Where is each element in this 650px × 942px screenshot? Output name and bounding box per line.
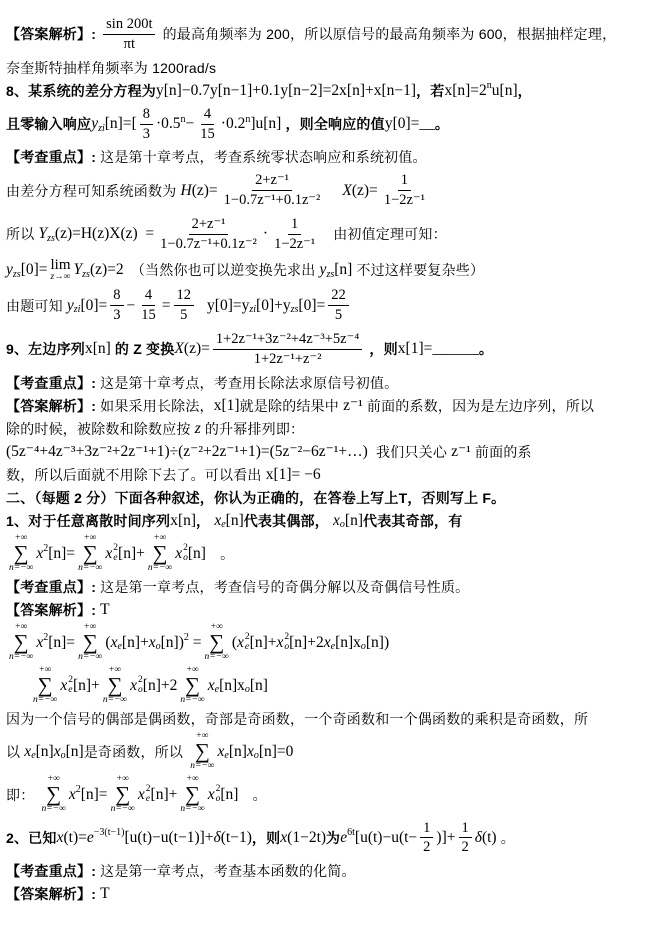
- fraction-numerator: 4: [201, 105, 214, 125]
- superscript: 2: [76, 784, 81, 795]
- text-run-bold: 【考查重点】:: [6, 373, 100, 393]
- math-scripted-var: xe: [218, 743, 229, 761]
- tf-question-1: 1、对于任意离散时间序列x[n]， xe[n]代表其偶部， xo[n]代表其奇部…: [6, 510, 644, 532]
- math-run: u[n]: [492, 82, 518, 100]
- fraction: 83: [140, 105, 153, 144]
- fraction-numerator: 1: [398, 171, 411, 191]
- math-scripted-var: xo: [149, 634, 161, 652]
- math-run: [n]=: [48, 545, 75, 563]
- fraction-denominator: 3: [110, 306, 123, 325]
- text-run-bold: ，: [196, 511, 214, 531]
- text-run: 我们只关心: [368, 442, 451, 462]
- sum-operator: +∞∑n=−∞: [9, 623, 33, 663]
- subscript: o: [254, 750, 259, 761]
- answer-analysis-7-line2: 奈奎斯特抽样角频率为 1200rad/s: [6, 57, 644, 79]
- math-run: z⁻¹: [451, 442, 471, 461]
- subscript: e: [224, 750, 228, 761]
- text-run: 前面的系数，因为是左边序列，所以: [363, 396, 594, 416]
- math-variable: x: [333, 512, 340, 530]
- text-run-bold: 【答案解析】:: [6, 24, 100, 44]
- math-scripted-var: x2o: [130, 676, 143, 696]
- fraction-denominator: 2: [420, 838, 433, 857]
- math-variable: x: [130, 677, 137, 695]
- sum-symbol: ∑: [83, 543, 98, 564]
- sum-symbol: ∑: [83, 632, 98, 653]
- math-variable: x: [324, 634, 331, 652]
- question-9: 9、左边序列x[n] 的 Z 变换X(z)=1+2z⁻¹+3z⁻²+4z⁻³+5…: [6, 328, 644, 371]
- question-8-line1: 8、某系统的差分方程为y[n]−0.7y[n−1]+0.1y[n−2]=2x[n…: [6, 80, 644, 102]
- math-run: [n]: [66, 743, 84, 761]
- math-run: [u(t)−u(t−: [355, 829, 417, 847]
- tf-q1-derivation-2: +∞∑n=−∞x2e[n]++∞∑n=−∞x2o[n]+2+∞∑n=−∞xe[n…: [6, 665, 644, 707]
- fraction-numerator: 8: [110, 286, 123, 306]
- q8-solution-line1: 由差分方程可知系统函数为 H(z)=2+z⁻¹1−0.7z⁻¹+0.1z⁻²X(…: [6, 169, 644, 212]
- q8-solution-line2: 所以 Yzs(z)=H(z)X(z) =2+z⁻¹1−0.7z⁻¹+0.1z⁻²…: [6, 213, 644, 256]
- text-run: 以: [6, 742, 24, 762]
- sum-symbol: ∑: [46, 784, 61, 805]
- q9-answer-line1: 【答案解析】: 如果采用长除法，x[1]就是除的结果中 z⁻¹ 前面的系数，因为…: [6, 395, 644, 417]
- question-8-line2: 且零输入响应yzi[n]=[83·0.5n−415·0.2n]u[n] ，则全响…: [6, 103, 644, 146]
- text-run-bold: 【答案解析】:: [6, 600, 100, 620]
- math-run: (5z⁻⁴+4z⁻³+3z⁻²+2z⁻¹+1)÷(z⁻²+2z⁻¹+1)=(5z…: [6, 442, 368, 461]
- text-run: 由差分方程可知系统函数为: [6, 181, 181, 201]
- math-run: [n]x: [335, 634, 361, 652]
- math-run: [0]=: [80, 297, 107, 315]
- sum-symbol: ∑: [14, 632, 29, 653]
- text-run-bold: 。: [479, 339, 493, 359]
- fraction-denominator: 2: [459, 838, 472, 857]
- math-scripted-var: xe: [324, 634, 335, 652]
- math-run: [n]+: [122, 634, 149, 652]
- math-run: (t)=: [63, 829, 86, 847]
- math-scripted-var: x2e: [105, 544, 118, 564]
- text-run: 这是第一章考点，考查基本函数的化简。: [100, 861, 356, 881]
- math-variable: e: [87, 829, 94, 847]
- tf-question-2: 2、已知x(t)=e−3(t−1)[u(t)−u(t−1)]+δ(t−1)，则x…: [6, 817, 644, 860]
- sum-lower-limit: n=−∞: [180, 696, 204, 706]
- text-run: 的升幂排列即：: [201, 419, 305, 439]
- text-run: 即：: [6, 785, 39, 805]
- fraction: 415: [197, 105, 218, 144]
- subscript: o: [340, 519, 345, 530]
- section-2-header: 二、（每题 2 分）下面各种叙述，你认为正确的，在答卷上写上T，否则写上 F。: [6, 487, 644, 509]
- fraction-numerator: 12: [174, 286, 195, 306]
- sum-lower-limit: n=−∞: [190, 762, 214, 772]
- text-run: 。: [238, 785, 266, 805]
- sum-operator: +∞∑n=−∞: [9, 534, 33, 574]
- math-run: ·: [263, 225, 268, 243]
- text-run-bold: 的 Z 变换: [111, 339, 175, 359]
- math-run: x[n]: [85, 340, 111, 358]
- text-run: 奈奎斯特抽样角频率为 1200rad/s: [6, 58, 216, 78]
- math-run: ·0.5: [156, 115, 181, 133]
- math-run: (t−1): [221, 829, 252, 847]
- q8-solution-line3: yzs[0]=limz→∞Yzs(z)=2 （当然你也可以逆变换先求出 yzs[…: [6, 257, 644, 284]
- fraction-numerator: 4: [142, 286, 155, 306]
- math-scripted-var: x2e: [138, 785, 151, 805]
- text-run-bold: 。: [435, 114, 449, 134]
- text-run: 是奇函数，所以: [84, 742, 188, 762]
- math-variable: X: [174, 340, 183, 358]
- text-run-bold: 1、对于任意离散时间序列: [6, 511, 170, 531]
- math-run: [n]+2: [143, 677, 178, 695]
- fraction-numerator: sin 200t: [103, 15, 155, 35]
- math-variable: x: [277, 634, 284, 652]
- math-variable: x: [36, 545, 43, 563]
- spacer: [321, 234, 333, 235]
- fraction: 1+2z⁻¹+3z⁻²+4z⁻³+5z⁻⁴1+2z⁻¹+z⁻²: [213, 330, 362, 369]
- math-run: [n]: [334, 261, 352, 279]
- text-run-bold: ，则: [252, 828, 280, 848]
- superscript: −3(t−1): [94, 827, 125, 838]
- math-variable: Y: [74, 261, 83, 279]
- fraction: 225: [328, 286, 349, 325]
- text-run: 因为一个信号的偶部是偶函数，奇部是奇函数，一个奇函数和一个偶函数的乘积是奇函数，…: [6, 709, 588, 729]
- math-run: [n]x: [219, 677, 245, 695]
- math-run: [n]: [345, 512, 363, 530]
- fraction-denominator: 3: [140, 125, 153, 144]
- spacer: [326, 190, 342, 191]
- subscript: o: [61, 750, 66, 761]
- fraction: 11−2z⁻¹: [271, 215, 318, 254]
- sum-operator: +∞∑n=−∞: [103, 666, 127, 706]
- fraction-denominator: 15: [138, 306, 159, 325]
- math-variable: y: [67, 297, 74, 315]
- q8-solution-line4: 由题可知 yzi[0]=83−415=125y[0]=yzi[0]+yzs[0]…: [6, 284, 644, 327]
- math-run: x[n]: [170, 512, 196, 530]
- text-run: 由题可知: [6, 296, 67, 316]
- math-variable: x: [237, 634, 244, 652]
- sum-operator: +∞∑n=−∞: [78, 534, 102, 574]
- subscript: o: [156, 641, 161, 652]
- math-variable: X: [342, 182, 351, 200]
- fraction: 415: [138, 286, 159, 325]
- superscript: n: [181, 114, 186, 125]
- subscript: zs: [82, 269, 90, 280]
- tf-q1-explain-1: 因为一个信号的偶部是偶函数，奇部是奇函数，一个奇函数和一个偶函数的乘积是奇函数，…: [6, 708, 644, 730]
- text-run: 由初值定理可知：: [333, 224, 447, 244]
- sum-lower-limit: n=−∞: [148, 564, 172, 574]
- tf-q1-derivation-1: +∞∑n=−∞x2[n]=+∞∑n=−∞(xe[n]+xo[n])2 =+∞∑n…: [6, 622, 644, 664]
- math-run: [n]: [220, 786, 238, 804]
- lim-lower-limit: z→∞: [51, 273, 71, 283]
- text-run-bold: ，则: [365, 339, 398, 359]
- fraction-denominator: 1−2z⁻¹: [271, 235, 318, 254]
- text-run: 的最高角频率为 200，所以原信号的最高角频率为 600，根据抽样定理，: [158, 24, 616, 44]
- fraction-denominator: 1+2z⁻¹+z⁻²: [251, 350, 325, 369]
- fraction-denominator: 1−2z⁻¹: [381, 191, 428, 210]
- math-run: y[n]−0.7y[n−1]+0.1y[n−2]=2x[n]+x[n−1]: [156, 82, 416, 100]
- fraction: 83: [110, 286, 123, 325]
- math-run: (z)=: [192, 182, 218, 200]
- sum-symbol: ∑: [209, 632, 224, 653]
- text-run: 前面的系: [471, 442, 532, 462]
- math-run: [n]=: [48, 634, 75, 652]
- math-variable: x: [105, 545, 112, 563]
- sum-operator: +∞∑n=−∞: [33, 666, 57, 706]
- math-variable: x: [218, 743, 225, 761]
- text-run-bold: 代表其偶部，: [244, 511, 333, 531]
- fraction-numerator: 1: [420, 819, 433, 839]
- q9-answer-line3: (5z⁻⁴+4z⁻³+3z⁻²+2z⁻¹+1)÷(z⁻²+2z⁻¹+1)=(5z…: [6, 441, 644, 463]
- text-run-bold: 代表其奇部，有: [363, 511, 462, 531]
- q8-key-points: 【考查重点】: 这是第十章考点，考查系统零状态响应和系统初值。: [6, 146, 644, 168]
- sum-symbol: ∑: [185, 784, 200, 805]
- text-run-bold: 8、某系统的差分方程为: [6, 81, 156, 101]
- subscript: zi: [74, 304, 81, 315]
- subscript: zi: [249, 304, 256, 315]
- subscript: e: [31, 750, 35, 761]
- sum-operator: +∞∑n=−∞: [180, 666, 204, 706]
- text-run-bold: 9、左边序列: [6, 339, 85, 359]
- sum-operator: +∞∑n=−∞: [148, 534, 172, 574]
- math-run: x[1]=______: [398, 340, 479, 358]
- superscript: 2: [43, 543, 48, 554]
- sum-lower-limit: n=−∞: [111, 805, 135, 815]
- fraction-numerator: 2+z⁻¹: [189, 215, 229, 235]
- math-run: [n]: [229, 743, 247, 761]
- fraction-denominator: 1−0.7z⁻¹+0.1z⁻²: [221, 191, 324, 210]
- fraction-denominator: 1−0.7z⁻¹+0.1z⁻²: [157, 235, 260, 254]
- text-run-bold: 2、已知: [6, 828, 57, 848]
- math-run: [n]+: [118, 545, 145, 563]
- subscript: zi: [98, 123, 105, 134]
- subscript: zs: [13, 269, 21, 280]
- math-variable: x: [247, 743, 254, 761]
- math-scripted-var: xe: [214, 512, 225, 530]
- text-run: 不过这样要复杂些）: [352, 260, 484, 280]
- sum-operator: +∞∑n=−∞: [111, 775, 135, 815]
- math-variable: δ: [214, 829, 221, 847]
- math-run: x[n]=2: [444, 82, 486, 100]
- spacer: [6, 685, 30, 686]
- math-scripted-var: x2: [69, 786, 81, 804]
- math-run: (z)=2: [90, 261, 124, 279]
- math-run: [n]: [188, 545, 206, 563]
- math-run: T: [100, 601, 109, 619]
- math-scripted-var: xe: [208, 677, 219, 695]
- fraction: sin 200tπt: [103, 15, 155, 54]
- text-run-bold: 为: [326, 828, 340, 848]
- q9-answer-line2: 除的时候，被除数和除数应按 z 的升幂排列即：: [6, 418, 644, 440]
- text-run: 如果采用长除法，: [100, 396, 214, 416]
- math-run: y[0]=__: [385, 115, 435, 133]
- math-variable: δ: [475, 829, 482, 847]
- document-page: 【答案解析】: sin 200tπt 的最高角频率为 200，所以原信号的最高角…: [0, 0, 650, 905]
- sum-operator: +∞∑n=−∞: [180, 775, 204, 815]
- text-run: 。: [497, 828, 515, 848]
- text-run-bold: ，则全响应的值: [281, 114, 385, 134]
- math-run: [n]: [36, 743, 54, 761]
- text-run: 所以: [6, 224, 39, 244]
- sum-lower-limit: n=−∞: [78, 653, 102, 663]
- math-run: [n]+: [250, 634, 277, 652]
- fraction: 2+z⁻¹1−0.7z⁻¹+0.1z⁻²: [221, 171, 324, 210]
- math-run: y[0]=y: [207, 297, 249, 315]
- math-run: (z)=: [352, 182, 378, 200]
- superscript: 2: [184, 632, 189, 643]
- math-variable: x: [149, 634, 156, 652]
- fraction-numerator: 2+z⁻¹: [252, 171, 292, 191]
- tf-q1-conclusion: 即： +∞∑n=−∞x2[n]=+∞∑n=−∞x2e[n]++∞∑n=−∞x2o…: [6, 774, 644, 816]
- tf-q1-key-points: 【考查重点】: 这是第一章考点，考查信号的奇偶分解以及奇偶信号性质。: [6, 576, 644, 598]
- tf-q1-formula: +∞∑n=−∞x2[n]=+∞∑n=−∞x2e[n]++∞∑n=−∞x2o[n]…: [6, 533, 644, 575]
- math-scripted-var: x2e: [60, 676, 73, 696]
- text-run-bold: 【答案解析】:: [6, 884, 100, 904]
- lim-symbol: lim: [51, 258, 71, 273]
- subscript: o: [361, 641, 366, 652]
- lim-operator: limz→∞: [51, 258, 71, 283]
- text-run: 这是第十章考点，考查系统零状态响应和系统初值。: [100, 147, 427, 167]
- tf-q2-answer: 【答案解析】: T: [6, 883, 644, 905]
- math-run: [n]): [161, 634, 184, 652]
- sum-lower-limit: n=−∞: [9, 653, 33, 663]
- math-scripted-var: xe: [24, 743, 35, 761]
- q9-answer-line4: 数，所以后面就不用除下去了。可以看出 x[1]= −6: [6, 464, 644, 486]
- fraction-denominator: πt: [121, 35, 138, 54]
- fraction-denominator: 15: [197, 125, 218, 144]
- text-run-bold: ，若: [416, 81, 444, 101]
- math-run: [0]=: [298, 297, 325, 315]
- math-variable: x: [208, 786, 215, 804]
- subscript: e: [221, 519, 225, 530]
- text-run-bold: 【考查重点】:: [6, 861, 100, 881]
- subscript: zs: [326, 269, 334, 280]
- math-run: x[1]= −6: [266, 466, 321, 484]
- math-scripted-var: x2e: [237, 633, 250, 653]
- math-variable: x: [111, 634, 118, 652]
- math-run: ]u[n]: [250, 115, 281, 133]
- sum-symbol: ∑: [107, 675, 122, 696]
- math-run: z⁻¹: [343, 396, 363, 415]
- fraction: 12: [420, 819, 433, 858]
- fraction-denominator: 5: [332, 306, 345, 325]
- sum-lower-limit: n=−∞: [33, 696, 57, 706]
- superscript: n: [487, 80, 492, 91]
- answer-analysis-7-line1: 【答案解析】: sin 200tπt 的最高角频率为 200，所以原信号的最高角…: [6, 13, 644, 56]
- math-variable: e: [340, 829, 347, 847]
- text-run: （当然你也可以逆变换先求出: [124, 260, 320, 280]
- math-run: [n]=0: [259, 743, 294, 761]
- subscript: o: [245, 684, 250, 695]
- math-variable: y: [6, 261, 13, 279]
- superscript: 2: [43, 632, 48, 643]
- text-run-bold: 且零输入响应: [6, 114, 91, 134]
- math-run: (1−2t): [287, 829, 326, 847]
- tf-q1-explain-2: 以 xe[n]xo[n]是奇函数，所以 +∞∑n=−∞xe[n]xo[n]=0: [6, 731, 644, 773]
- sum-lower-limit: n=−∞: [42, 805, 66, 815]
- math-run: [0]+y: [256, 297, 291, 315]
- fraction-numerator: 22: [328, 286, 349, 306]
- subscript: zs: [291, 304, 299, 315]
- math-scripted-var: x2o: [277, 633, 290, 653]
- superscript: n: [245, 114, 250, 125]
- sum-operator: +∞∑n=−∞: [42, 775, 66, 815]
- math-run: =: [162, 297, 171, 315]
- fraction-numerator: 8: [140, 105, 153, 125]
- fraction-denominator: 5: [177, 306, 190, 325]
- sum-lower-limit: n=−∞: [205, 653, 229, 663]
- text-run: 就是除的结果中: [240, 396, 344, 416]
- math-scripted-var: xe: [111, 634, 122, 652]
- math-run: −: [186, 115, 195, 133]
- sum-symbol: ∑: [195, 741, 210, 762]
- text-run: 这是第十章考点，考查用长除法求原信号初值。: [100, 373, 398, 393]
- math-variable: x: [60, 677, 67, 695]
- math-run: −: [127, 297, 136, 315]
- math-variable: Y: [39, 225, 48, 243]
- math-run: [n]: [226, 512, 244, 530]
- math-variable: x: [24, 743, 31, 761]
- text-run-bold: ，: [518, 81, 532, 101]
- math-run: [n]=[: [105, 115, 137, 133]
- math-variable: H: [181, 182, 192, 200]
- math-scripted-var: x2: [36, 545, 48, 563]
- math-run: x[1]: [214, 397, 240, 415]
- text-run-bold: 【答案解析】:: [6, 396, 100, 416]
- subscript: zs: [47, 233, 55, 244]
- math-run: [n]+: [151, 786, 178, 804]
- math-variable: x: [36, 634, 43, 652]
- fraction-numerator: 1: [288, 215, 301, 235]
- text-run-bold: 【考查重点】:: [6, 577, 100, 597]
- sum-operator: +∞∑n=−∞: [205, 623, 229, 663]
- fraction-numerator: 1: [459, 819, 472, 839]
- tf-q2-key-points: 【考查重点】: 这是第一章考点，考查基本函数的化简。: [6, 860, 644, 882]
- text-run: 这是第一章考点，考查信号的奇偶分解以及奇偶信号性质。: [100, 577, 469, 597]
- math-scripted-var: xo: [54, 743, 66, 761]
- text-run: 。: [206, 544, 234, 564]
- math-run: [n]=: [81, 786, 108, 804]
- math-variable: x: [280, 829, 287, 847]
- math-run: )]+: [436, 829, 455, 847]
- sum-operator: +∞∑n=−∞: [78, 623, 102, 663]
- fraction: 12: [459, 819, 472, 858]
- math-run: [n]: [250, 677, 268, 695]
- sum-lower-limit: n=−∞: [9, 564, 33, 574]
- tf-q1-answer: 【答案解析】: T: [6, 599, 644, 621]
- sum-lower-limit: n=−∞: [78, 564, 102, 574]
- math-run: (t): [482, 829, 497, 847]
- math-scripted-var: x2: [36, 634, 48, 652]
- subscript: e: [215, 684, 219, 695]
- sum-lower-limit: n=−∞: [180, 805, 204, 815]
- sum-symbol: ∑: [38, 675, 53, 696]
- text-run-bold: 【考查重点】:: [6, 147, 100, 167]
- document-body: 【答案解析】: sin 200tπt 的最高角频率为 200，所以原信号的最高角…: [6, 13, 644, 905]
- math-run: (z)=: [184, 340, 210, 358]
- text-run: 数，所以后面就不用除下去了。可以看出: [6, 465, 266, 485]
- math-variable: x: [54, 743, 61, 761]
- math-run: =: [189, 634, 202, 652]
- math-run: [n]+2: [289, 634, 324, 652]
- fraction: 2+z⁻¹1−0.7z⁻¹+0.1z⁻²: [157, 215, 260, 254]
- sum-symbol: ∑: [14, 543, 29, 564]
- math-variable: x: [214, 512, 221, 530]
- fraction: 125: [174, 286, 195, 325]
- fraction-numerator: 1+2z⁻¹+3z⁻²+4z⁻³+5z⁻⁴: [213, 330, 362, 350]
- sum-symbol: ∑: [185, 675, 200, 696]
- sum-lower-limit: n=−∞: [103, 696, 127, 706]
- sum-operator: +∞∑n=−∞: [190, 732, 214, 772]
- sum-symbol: ∑: [115, 784, 130, 805]
- math-scripted-var: xo: [333, 512, 345, 530]
- math-variable: x: [208, 677, 215, 695]
- text-run: 除的时候，被除数和除数应按: [6, 419, 195, 439]
- math-run: (z)=H(z)X(z) =: [55, 225, 154, 243]
- math-variable: x: [138, 786, 145, 804]
- math-scripted-var: x2o: [175, 544, 188, 564]
